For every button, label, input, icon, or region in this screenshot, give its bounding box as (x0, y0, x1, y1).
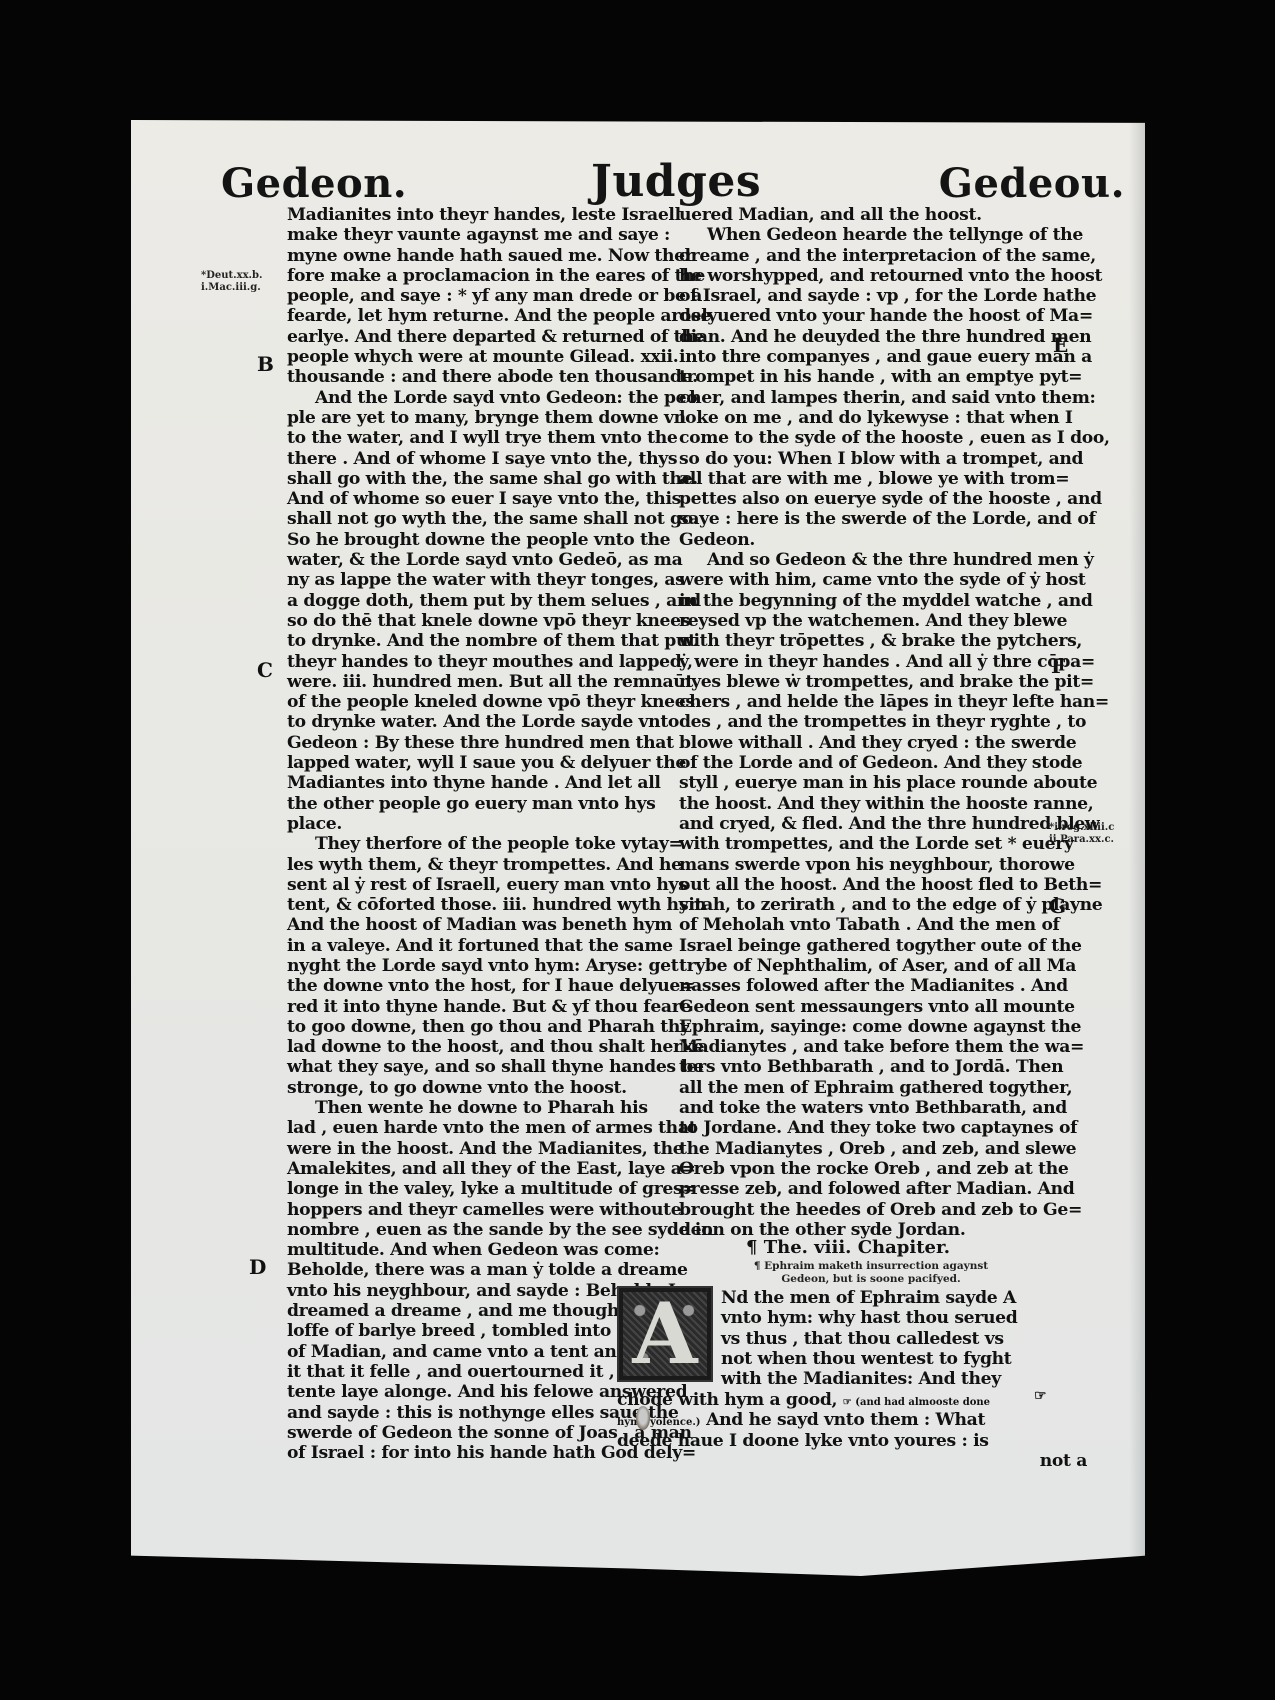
text-line: the other people go euery man vnto hys (287, 794, 687, 814)
text-line: and toke the waters vnto Bethbarath, and (679, 1098, 1079, 1118)
text-line: with theyr trōpettes , & brake the pytch… (679, 631, 1079, 651)
running-head-right: Gedeou. (939, 160, 1125, 207)
text-line: And of whome so euer I saye vnto the, th… (287, 489, 687, 509)
text-line: chers , and helde the lāpes in theyr lef… (679, 692, 1079, 712)
text-line: so do thē that knele downe vpō theyr kne… (287, 611, 687, 631)
text-line: multitude. And when Gedeon was come: (287, 1240, 687, 1260)
marginal-gloss: hym vyolence.) (617, 1417, 701, 1428)
text-line: tent, & cōforted those. iii. hundred wyt… (287, 895, 687, 915)
text-line: Gedeon. (679, 530, 1079, 550)
text-line: hym vyolence.) And he sayd vnto them : W… (617, 1410, 1087, 1430)
chapter-heading: ¶ The. viii. Chapiter. (746, 1237, 950, 1258)
text-line: loke on me , and do lykewyse : that when… (679, 408, 1079, 428)
text-line: So he brought downe the people vnto the (287, 530, 687, 550)
text-line: he worshypped, and retourned vnto the ho… (679, 266, 1079, 286)
running-head-left: Gedeon. (221, 160, 407, 207)
initial-letter: A (632, 1292, 697, 1376)
catchword: not a (617, 1451, 1087, 1471)
text-line: delyuered vnto your hande the hoost of M… (679, 306, 1079, 326)
running-head-book-title: Judges (591, 156, 761, 207)
text-line: thousande : and there abode ten thousand… (287, 367, 687, 387)
marginal-gloss: ☞ (and had almooste done (843, 1397, 990, 1408)
text-line: were. iii. hundred men. But all the remn… (287, 672, 687, 692)
text-line: mans swerde vpon his neyghbour, thorowe (679, 855, 1079, 875)
text-line: in a valeye. And it fortuned that the sa… (287, 936, 687, 956)
text-line: to the water, and I wyll trye them vnto … (287, 428, 687, 448)
text-line: ters vnto Bethbarath , and to Jordā. The… (679, 1057, 1079, 1077)
text-line: ple are yet to many, brynge them downe v… (287, 408, 687, 428)
text-line: out all the hoost. And the hoost fled to… (679, 875, 1079, 895)
text-line: vnto hym: why hast thou serued (721, 1308, 1017, 1328)
text-line: styll , euerye man in his place rounde a… (679, 773, 1079, 793)
text-line: of the Lorde and of Gedeon. And they sto… (679, 753, 1079, 773)
text-line: earlye. And there departed & returned of… (287, 327, 687, 347)
margin-cross-reference-deut: *Deut.xx.b. i.Mac.iii.g. (201, 270, 263, 294)
text-line: Israel beinge gathered togyther oute of … (679, 936, 1079, 956)
text-line: to Jordane. And they toke two captaynes … (679, 1118, 1079, 1138)
text-line: nasses folowed after the Madianites . An… (679, 976, 1079, 996)
text-line: shall go with the, the same shal go with… (287, 469, 687, 489)
text-line: Beholde, there was a man ẏ tolde a dream… (287, 1260, 687, 1280)
section-marker-b: B (257, 352, 274, 376)
text-line: so do you: When I blow with a trompet, a… (679, 449, 1079, 469)
text-line: brought the heedes of Oreb and zeb to Ge… (679, 1200, 1079, 1220)
text-line: vs thus , that thou calledest vs (721, 1329, 1017, 1349)
text-line: longe in the valey, lyke a multitude of … (287, 1179, 687, 1199)
text-line: Gedeon sent messaungers vnto all mounte (679, 997, 1079, 1017)
text-line: ẏ were in theyr handes . And all ẏ thre … (679, 652, 1079, 672)
chapter-text-continuation: chode with hym a good, ☞ (and had almoos… (617, 1390, 1087, 1471)
paragraph-start-line: And the Lorde sayd vnto Gedeon: the peo (287, 388, 687, 408)
text-line: lapped water, wyll I saue you & delyuer … (287, 753, 687, 773)
text-line: in the begynning of the myddel watche , … (679, 591, 1079, 611)
text-line: trompet in his hande , with an emptye py… (679, 367, 1079, 387)
paragraph-start-line: They therfore of the people toke vytay= (287, 834, 687, 854)
text-line: all that are with me , blowe ye with tro… (679, 469, 1079, 489)
text-line: of the people kneled downe vpō theyr kne… (287, 692, 687, 712)
text-line: cher, and lampes therin, and said vnto t… (679, 388, 1079, 408)
text-line: to goo downe, then go thou and Pharah th… (287, 1017, 687, 1037)
text-line: water, & the Lorde sayd vnto Gedeō, as m… (287, 550, 687, 570)
text-line: of Meholah vnto Tabath . And the men of (679, 915, 1079, 935)
book-leaf: Gedeon. Judges Gedeou. *Deut.xx.b. i.Mac… (131, 120, 1145, 1576)
text-line: Madianites into theyr handes, leste Isra… (287, 205, 687, 225)
text-line: Nd the men of Ephraim sayde A (721, 1288, 1017, 1308)
section-marker-c: C (257, 658, 273, 682)
drop-cap-text-block: Nd the men of Ephraim sayde A vnto hym: … (721, 1288, 1017, 1389)
text-line: sent al ẏ rest of Israell, euery man vnt… (287, 875, 687, 895)
paragraph-start-line: Then wente he downe to Pharah his (287, 1098, 687, 1118)
text-line: saye : here is the swerde of the Lorde, … (679, 509, 1079, 529)
text-line: to drynke. And the nombre of them that p… (287, 631, 687, 651)
right-text-column: uered Madian, and all the hoost. When Ge… (679, 205, 1079, 1240)
paragraph-start-line: When Gedeon hearde the tellynge of the (679, 225, 1079, 245)
text-line: pettes also on euerye syde of the hooste… (679, 489, 1079, 509)
text-line: chode with hym a good, ☞ (and had almoos… (617, 1390, 1087, 1410)
text-line: presse zeb, and folowed after Madian. An… (679, 1179, 1079, 1199)
text-line: people, and saye : * yf any man drede or… (287, 286, 687, 306)
text-line: lad downe to the hoost, and thou shalt h… (287, 1037, 687, 1057)
text-line: nyght the Lorde sayd vnto hym: Aryse: ge… (287, 956, 687, 976)
text-line: all the men of Ephraim gathered togyther… (679, 1078, 1079, 1098)
text-line: to drynke water. And the Lorde sayde vnt… (287, 712, 687, 732)
text-line: and cryed, & fled. And the thre hundred … (679, 814, 1079, 834)
text-line: place. (287, 814, 687, 834)
paper-wormhole (636, 1406, 650, 1430)
text-line: people whych were at mounte Gilead. xxii… (287, 347, 687, 367)
section-marker-d: D (249, 1255, 266, 1279)
text-line: there . And of whome I saye vnto the, th… (287, 449, 687, 469)
text-line: nyes blewe ẇ trompettes, and brake the p… (679, 672, 1079, 692)
text-line: dian. And he deuyded the thre hundred me… (679, 327, 1079, 347)
text-line: reysed vp the watchemen. And they blewe (679, 611, 1079, 631)
left-text-column: Madianites into theyr handes, leste Isra… (287, 205, 687, 1463)
text-line: dreame , and the interpretacion of the s… (679, 246, 1079, 266)
text-line: were with him, came vnto the syde of ẏ h… (679, 570, 1079, 590)
text-line: were in the hoost. And the Madianites, t… (287, 1139, 687, 1159)
paragraph-start-line: And so Gedeon & the thre hundred men ẏ (679, 550, 1079, 570)
text-line: the Madianytes , Oreb , and zeb, and sle… (679, 1139, 1079, 1159)
text-line: into thre companyes , and gaue euery man… (679, 347, 1079, 367)
text-line: des , and the trompettes in theyr ryghte… (679, 712, 1079, 732)
text-line: Ephraim, sayinge: come downe agaynst the (679, 1017, 1079, 1037)
text-line: Gedeon : By these thre hundred men that (287, 733, 687, 753)
text-line: the downe vnto the host, for I haue dely… (287, 976, 687, 996)
text-line: with trompettes, and the Lorde set * eue… (679, 834, 1079, 854)
text-line: a dogge doth, them put by them selues , … (287, 591, 687, 611)
text-line: Madiantes into thyne hande . And let all (287, 773, 687, 793)
text-line: blowe withall . And they cryed : the swe… (679, 733, 1079, 753)
text-line: Madianytes , and take before them the wa… (679, 1037, 1079, 1057)
text-line: nombre , euen as the sande by the see sy… (287, 1220, 687, 1240)
text-line: the hoost. And they within the hooste ra… (679, 794, 1079, 814)
text-line: ny as lappe the water with theyr tonges,… (287, 570, 687, 590)
text-line: hoppers and theyr camelles were withoute (287, 1200, 687, 1220)
text-line: uered Madian, and all the hoost. (679, 205, 1079, 225)
text-line: with the Madianites: And they (721, 1369, 1017, 1389)
decorated-initial-woodcut: A (617, 1286, 713, 1382)
text-line: red it into thyne hande. But & yf thou f… (287, 997, 687, 1017)
text-line: come to the syde of the hooste , euen as… (679, 428, 1079, 448)
text-line: Oreb vpon the rocke Oreb , and zeb at th… (679, 1159, 1079, 1179)
text-line: fore make a proclamacion in the eares of… (287, 266, 687, 286)
text-line: not when thou wentest to fyght (721, 1349, 1017, 1369)
text-line: trybe of Nephthalim, of Aser, and of all… (679, 956, 1079, 976)
text-line: of Israel, and sayde : vp , for the Lord… (679, 286, 1079, 306)
text-line: lad , euen harde vnto the men of armes t… (287, 1118, 687, 1138)
text-line: deede haue I doone lyke vnto youres : is (617, 1431, 1087, 1451)
text-line: Amalekites, and all they of the East, la… (287, 1159, 687, 1179)
text-line: sitah, to zerirath , and to the edge of … (679, 895, 1079, 915)
text-line: And the hoost of Madian was beneth hym (287, 915, 687, 935)
text-line: fearde, let hym returne. And the people … (287, 306, 687, 326)
text-line: make theyr vaunte agaynst me and saye : (287, 225, 687, 245)
page-edge-shadow (1129, 120, 1145, 1576)
text-line: les wyth them, & theyr trompettes. And h… (287, 855, 687, 875)
chapter-summary: ¶ Ephraim maketh insurrection agaynst Ge… (721, 1260, 1021, 1286)
text-line: myne owne hande hath saued me. Now ther (287, 246, 687, 266)
text-line: theyr handes to theyr mouthes and lapped… (287, 652, 687, 672)
text-line: shall not go wyth the, the same shall no… (287, 509, 687, 529)
text-line: what they saye, and so shall thyne hande… (287, 1057, 687, 1077)
text-line: stronge, to go downe vnto the hoost. (287, 1078, 687, 1098)
